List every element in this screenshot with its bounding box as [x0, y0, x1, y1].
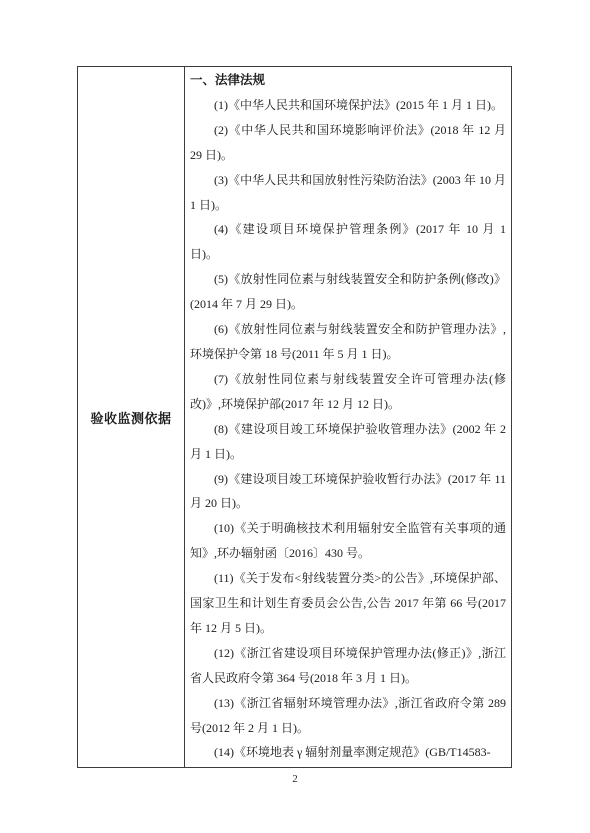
regulation-item: (3)《中华人民共和国放射性污染防治法》(2003 年 10 月 1 日)。 — [190, 168, 506, 218]
regulation-item: (1)《中华人民共和国环境保护法》(2015 年 1 月 1 日)。 — [190, 93, 506, 118]
regulation-item: (7)《放射性同位素与射线装置安全许可管理办法(修改)》,环境保护部(2017 … — [190, 367, 506, 417]
regulation-item: (14)《环境地表 γ 辐射剂量率测定规范》(GB/T14583- — [190, 740, 506, 765]
document-page: 验收监测依据 一、法律法规 (1)《中华人民共和国环境保护法》(2015 年 1… — [0, 0, 590, 833]
monitoring-basis-table: 验收监测依据 一、法律法规 (1)《中华人民共和国环境保护法》(2015 年 1… — [77, 66, 512, 768]
page-number: 2 — [0, 773, 590, 785]
regulation-item: (12)《浙江省建设项目环境保护管理办法(修正)》,浙江省人民政府令第 364 … — [190, 641, 506, 691]
regulation-item: (4)《建设项目环境保护管理条例》(2017 年 10 月 1 日)。 — [190, 217, 506, 267]
table-row-header-cell: 验收监测依据 — [78, 67, 185, 767]
section-heading: 一、法律法规 — [190, 68, 506, 93]
table-content-cell: 一、法律法规 (1)《中华人民共和国环境保护法》(2015 年 1 月 1 日)… — [185, 67, 511, 767]
regulation-item: (10)《关于明确核技术利用辐射安全监管有关事项的通知》,环办辐射函〔2016〕… — [190, 516, 506, 566]
regulation-item: (6)《放射性同位素与射线装置安全和防护管理办法》,环境保护令第 18 号(20… — [190, 317, 506, 367]
regulation-item: (5)《放射性同位素与射线装置安全和防护条例(修改)》(2014 年 7 月 2… — [190, 267, 506, 317]
row-label: 验收监测依据 — [90, 408, 171, 427]
regulation-item: (8)《建设项目竣工环境保护验收管理办法》(2002 年 2 月 1 日)。 — [190, 417, 506, 467]
regulation-item: (2)《中华人民共和国环境影响评价法》(2018 年 12 月 29 日)。 — [190, 118, 506, 168]
regulation-item: (11)《关于发布<射线装置分类>的公告》,环境保护部、国家卫生和计划生育委员会… — [190, 566, 506, 641]
regulation-item: (13)《浙江省辐射环境管理办法》,浙江省政府令第 289 号(2012 年 2… — [190, 691, 506, 741]
regulation-item: (9)《建设项目竣工环境保护验收暂行办法》(2017 年 11 月 20 日)。 — [190, 467, 506, 517]
regulation-list: (1)《中华人民共和国环境保护法》(2015 年 1 月 1 日)。(2)《中华… — [190, 93, 506, 765]
